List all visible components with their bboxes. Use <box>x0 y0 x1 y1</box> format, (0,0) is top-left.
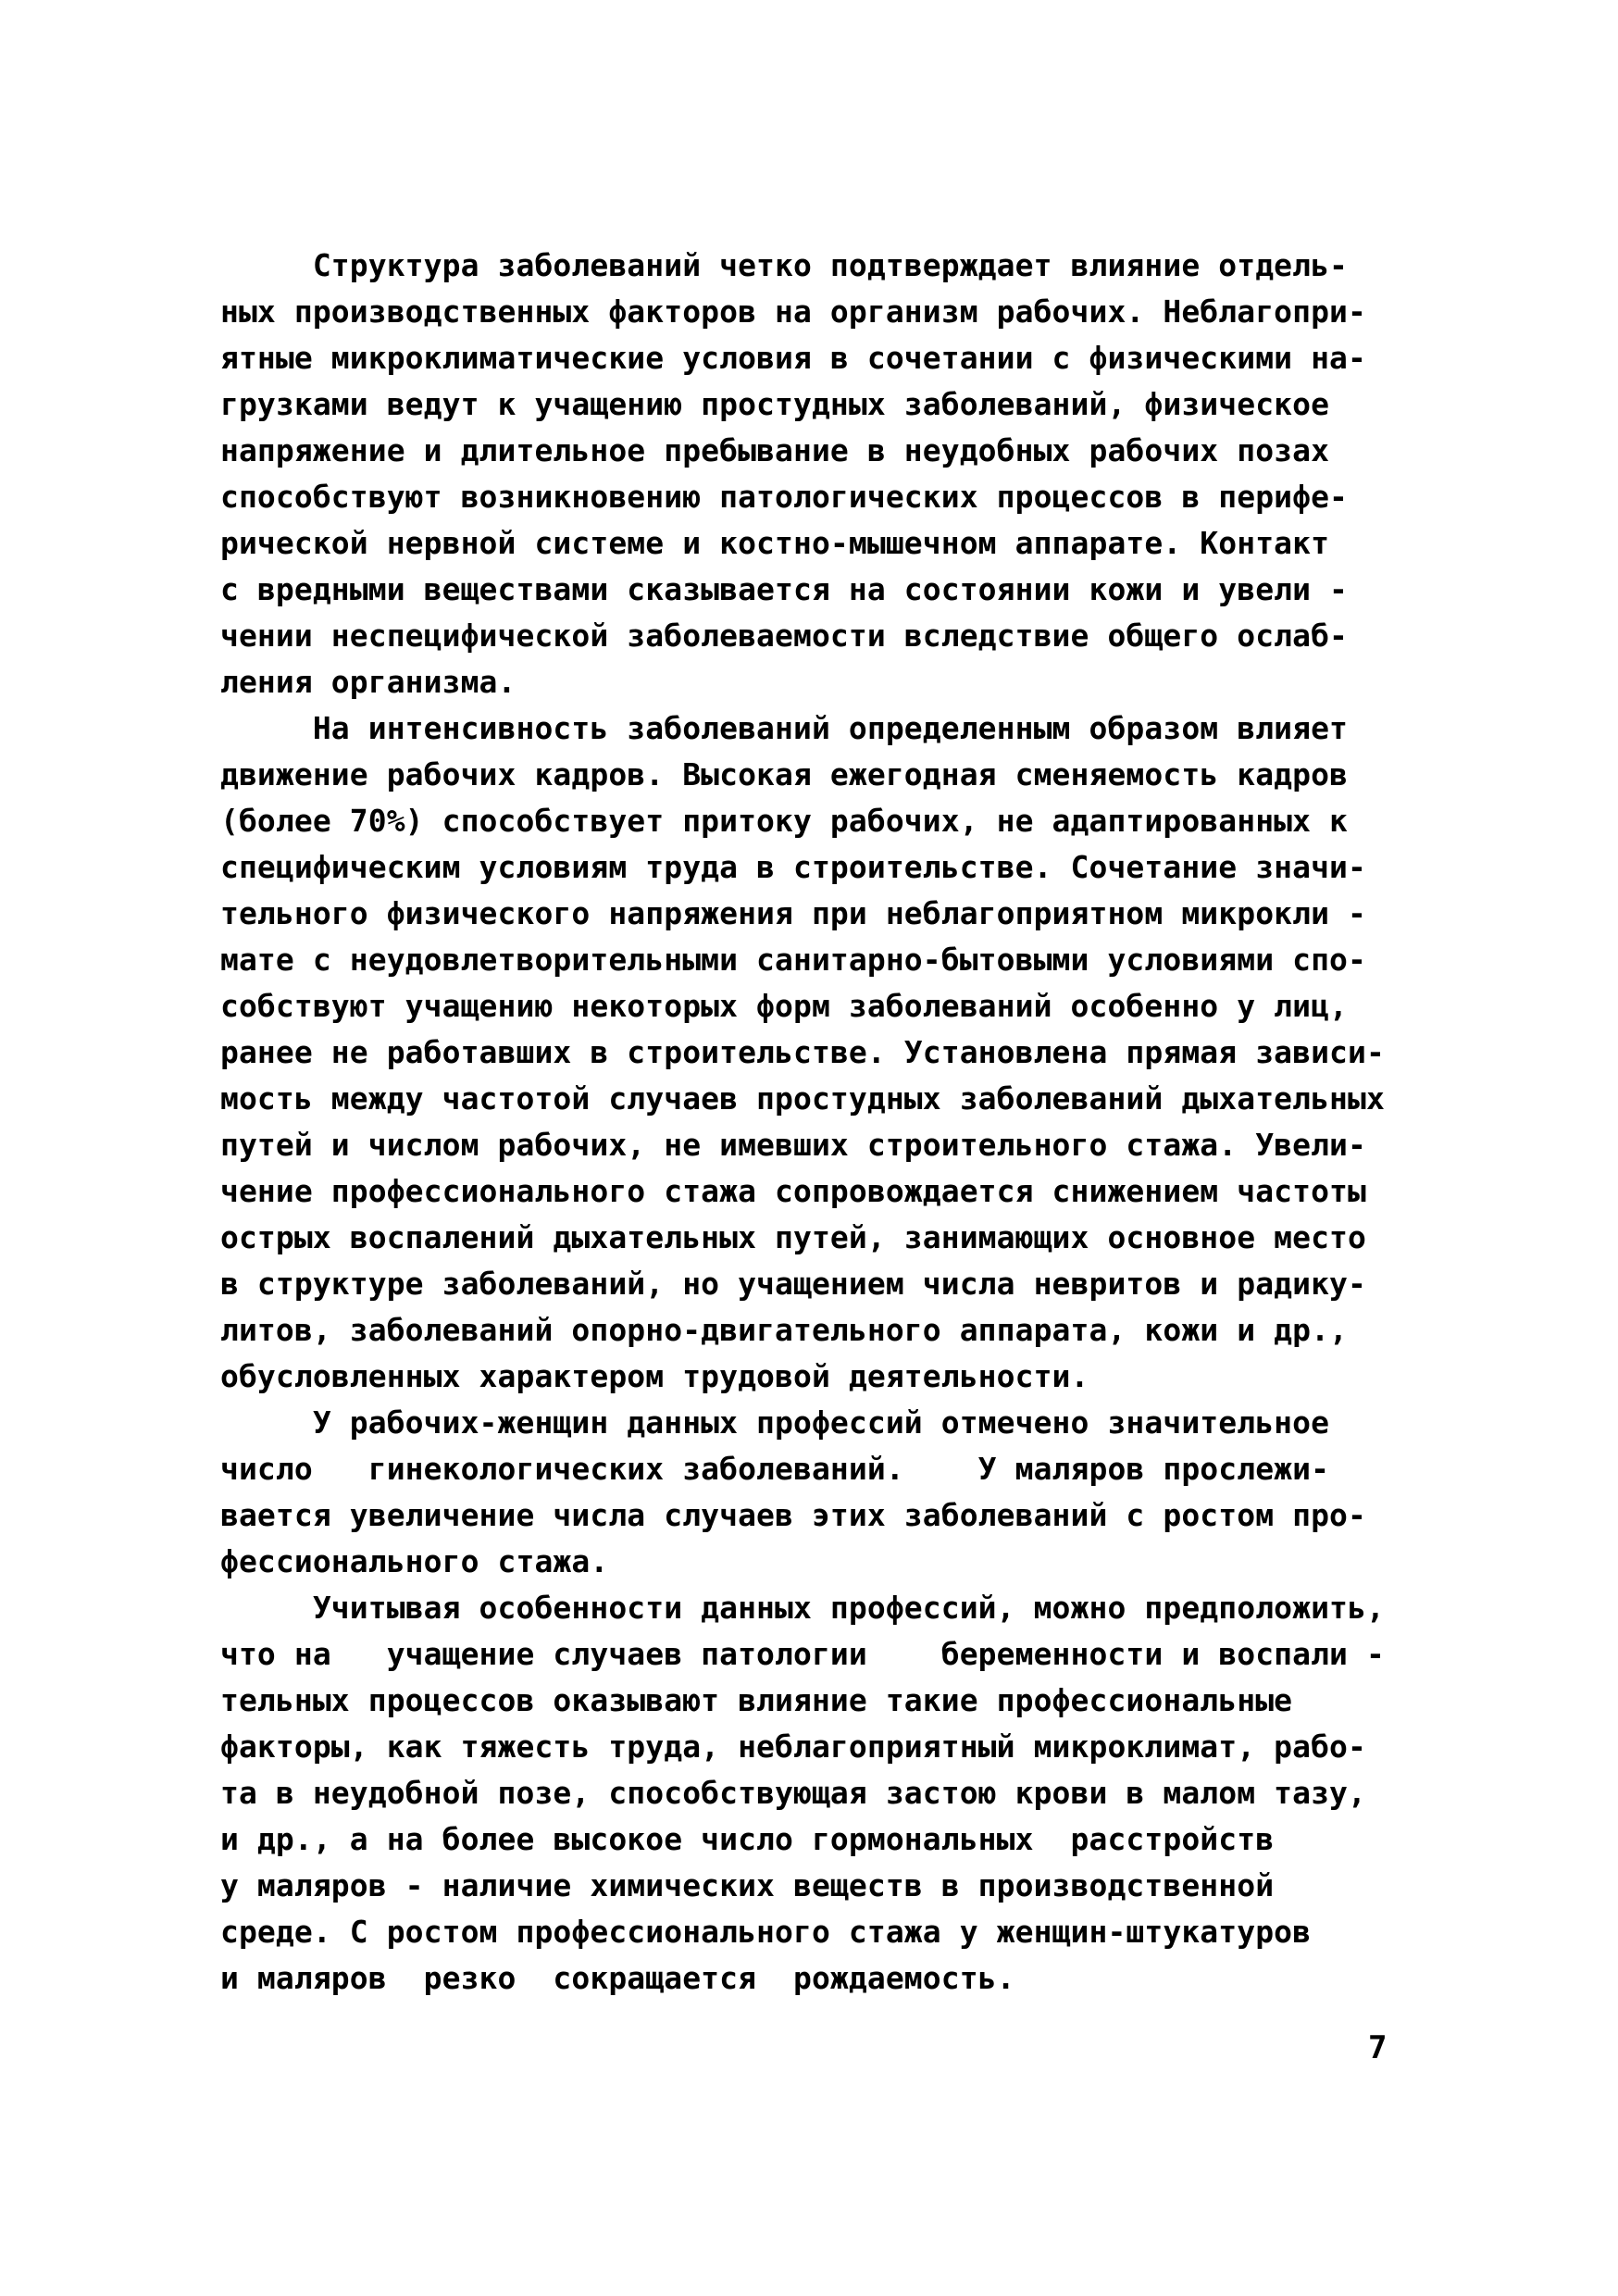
text-line: острых воспалений дыхательных путей, зан… <box>220 1215 1385 1261</box>
text-line: вается увеличение числа случаев этих заб… <box>220 1492 1385 1539</box>
text-line: чении неспецифической заболеваемости всл… <box>220 613 1385 659</box>
paragraph-women-workers: У рабочих-женщин данных профессий отмече… <box>220 1400 1385 1585</box>
paragraph-structure-of-diseases: Структура заболеваний четко подтверждает… <box>220 243 1385 705</box>
text-line: и маляров резко сокращается рождаемость. <box>220 1955 1385 2002</box>
text-line: На интенсивность заболеваний определенны… <box>220 705 1385 752</box>
text-line: Структура заболеваний четко подтверждает… <box>220 243 1385 289</box>
scanned-page: Структура заболеваний четко подтверждает… <box>0 0 1618 2296</box>
text-line: среде. С ростом профессионального стажа … <box>220 1909 1385 1955</box>
text-line: способствуют возникновению патологически… <box>220 474 1385 520</box>
paragraph-professional-factors: Учитывая особенности данных профессий, м… <box>220 1585 1385 2002</box>
text-line: ных производственных факторов на организ… <box>220 289 1385 335</box>
text-line: литов, заболеваний опорно-двигательного … <box>220 1307 1385 1354</box>
text-line: специфическим условиям труда в строитель… <box>220 844 1385 891</box>
text-line: фессионального стажа. <box>220 1539 1385 1585</box>
text-line: факторы, как тяжесть труда, неблагоприят… <box>220 1724 1385 1770</box>
text-line: путей и числом рабочих, не имевших строи… <box>220 1122 1385 1168</box>
text-line: обусловленных характером трудовой деятел… <box>220 1354 1385 1400</box>
text-line: мость между частотой случаев простудных … <box>220 1076 1385 1122</box>
paragraph-intensity-of-diseases: На интенсивность заболеваний определенны… <box>220 705 1385 1400</box>
text-line: (более 70%) способствует притоку рабочих… <box>220 798 1385 844</box>
text-line: с вредными веществами сказывается на сос… <box>220 567 1385 613</box>
text-line: ления организма. <box>220 659 1385 705</box>
text-line: тельных процессов оказывают влияние таки… <box>220 1678 1385 1724</box>
text-line: чение профессионального стажа сопровожда… <box>220 1168 1385 1215</box>
text-line: напряжение и длительное пребывание в неу… <box>220 428 1385 474</box>
text-line: У рабочих-женщин данных профессий отмече… <box>220 1400 1385 1446</box>
text-line: ранее не работавших в строительстве. Уст… <box>220 1029 1385 1076</box>
text-line: ятные микроклиматические условия в сочет… <box>220 335 1385 381</box>
text-line: Учитывая особенности данных профессий, м… <box>220 1585 1385 1631</box>
text-line: рической нервной системе и костно-мышечн… <box>220 520 1385 567</box>
text-line: движение рабочих кадров. Высокая ежегодн… <box>220 752 1385 798</box>
text-line: и др., а на более высокое число гормонал… <box>220 1816 1385 1863</box>
text-line: число гинекологических заболеваний. У ма… <box>220 1446 1385 1492</box>
text-line: в структуре заболеваний, но учащением чи… <box>220 1261 1385 1307</box>
text-line: та в неудобной позе, способствующая заст… <box>220 1770 1385 1816</box>
text-line: у маляров - наличие химических веществ в… <box>220 1863 1385 1909</box>
page-number: 7 <box>1368 2029 1387 2066</box>
text-line: что на учащение случаев патологии береме… <box>220 1631 1385 1678</box>
text-line: собствуют учащению некоторых форм заболе… <box>220 983 1385 1029</box>
text-line: мате с неудовлетворительными санитарно-б… <box>220 937 1385 983</box>
text-line: грузками ведут к учащению простудных заб… <box>220 381 1385 428</box>
document-text: Структура заболеваний четко подтверждает… <box>220 243 1385 2002</box>
text-line: тельного физического напряжения при небл… <box>220 891 1385 937</box>
